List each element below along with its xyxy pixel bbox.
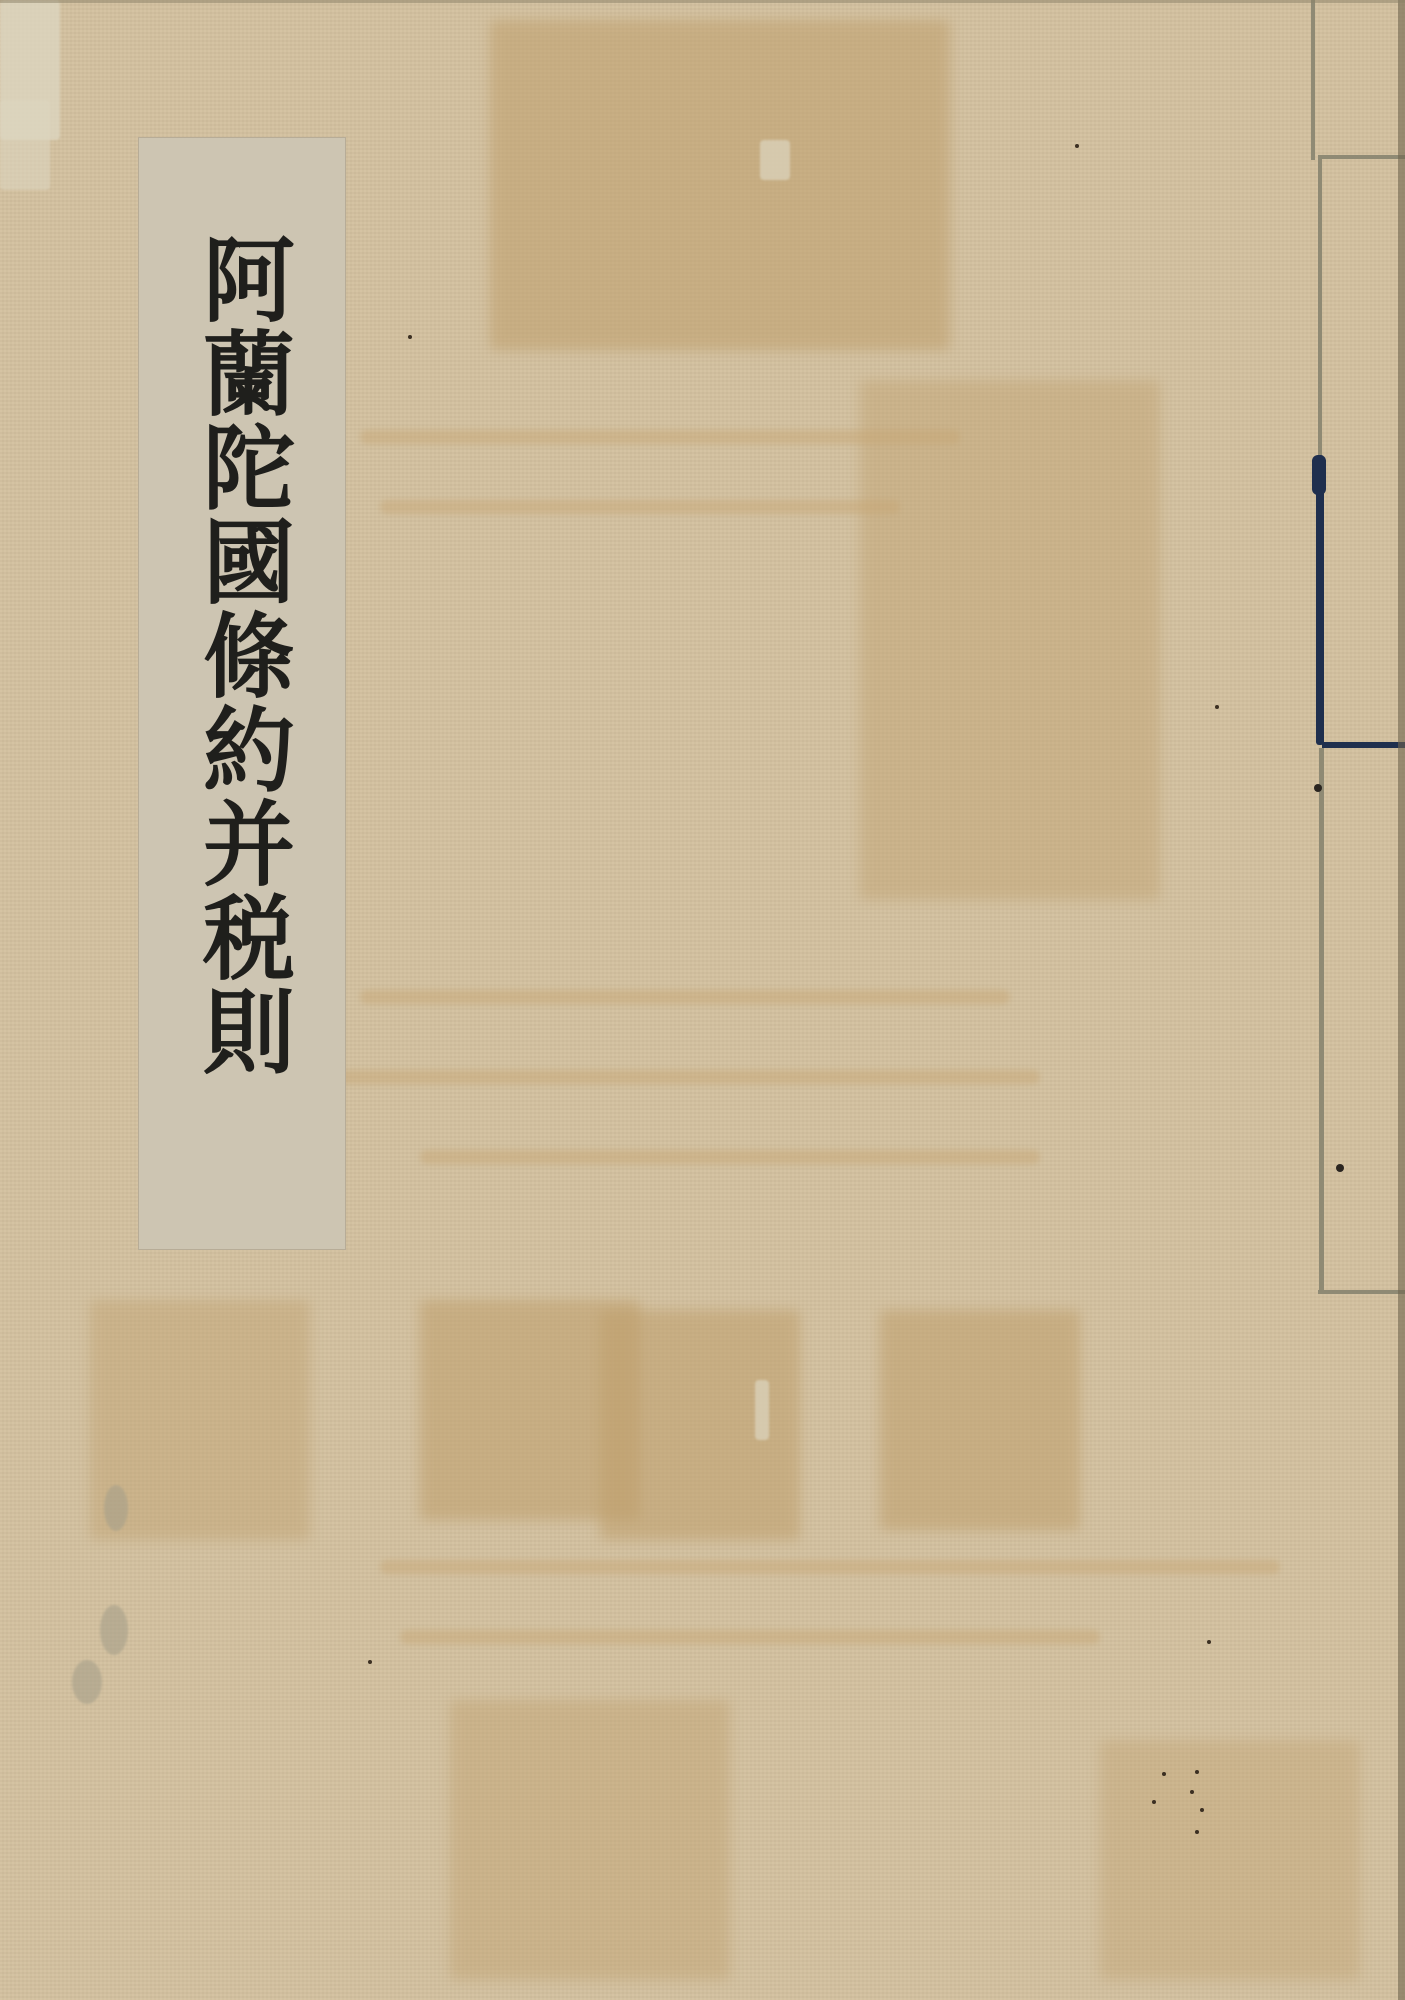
book-cover: 阿蘭陀國條約并税則 xyxy=(0,0,1405,2000)
speck xyxy=(1200,1808,1204,1812)
stain-streak xyxy=(360,990,1010,1004)
binding-stitch-top xyxy=(1318,155,1405,159)
speck xyxy=(1162,1772,1166,1776)
binding-thread-horizontal xyxy=(1322,742,1405,748)
water-stain xyxy=(880,1310,1080,1530)
binding-hole xyxy=(1314,784,1322,792)
binding-thread-knot xyxy=(1312,455,1326,495)
speck xyxy=(408,335,412,339)
paper-damage xyxy=(0,100,50,190)
stain-streak xyxy=(400,1630,1100,1644)
water-drop-mark xyxy=(104,1485,128,1531)
paper-damage xyxy=(760,140,790,180)
stain-streak xyxy=(380,1560,1280,1574)
stain-streak xyxy=(420,1150,1040,1164)
water-stain xyxy=(600,1310,800,1540)
water-stain xyxy=(860,380,1160,900)
speck xyxy=(1195,1830,1199,1834)
book-title: 阿蘭陀國條約并税則 xyxy=(138,232,346,1192)
binding-fold-line xyxy=(1311,0,1315,160)
paper-damage xyxy=(755,1380,769,1440)
speck xyxy=(368,1660,372,1664)
water-stain xyxy=(490,20,950,350)
water-stain xyxy=(1100,1740,1360,1980)
water-drop-mark xyxy=(100,1605,128,1655)
binding-stitch-bottom xyxy=(1318,1290,1405,1294)
speck xyxy=(1207,1640,1211,1644)
speck xyxy=(1152,1800,1156,1804)
stain-streak xyxy=(380,500,900,514)
title-label: 阿蘭陀國條約并税則 xyxy=(138,137,346,1250)
water-stain xyxy=(450,1700,730,1980)
speck xyxy=(1215,705,1219,709)
binding-fold-line xyxy=(1318,155,1322,455)
binding-hole xyxy=(1336,1164,1344,1172)
stain-streak xyxy=(360,430,960,444)
speck xyxy=(1075,144,1079,148)
page-edge xyxy=(1398,0,1405,2000)
water-drop-mark xyxy=(72,1660,102,1704)
binding-fold-line xyxy=(1319,748,1324,1293)
stain-streak xyxy=(340,1070,1040,1084)
speck xyxy=(1195,1770,1199,1774)
page-edge-top xyxy=(0,0,1405,3)
binding-thread xyxy=(1316,455,1324,745)
speck xyxy=(1190,1790,1194,1794)
